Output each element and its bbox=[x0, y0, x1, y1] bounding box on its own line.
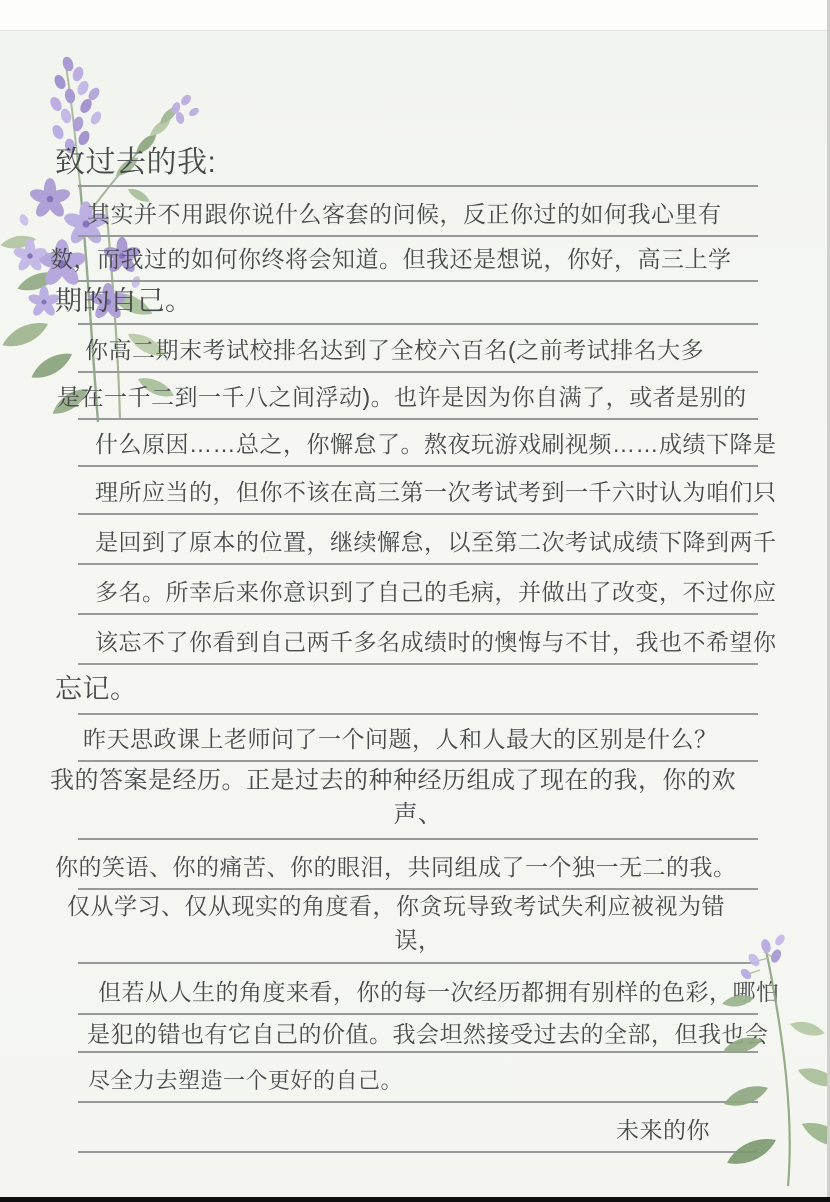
letter-line: 你高二期末考试校排名达到了全校六百名(之前考试排名大多 bbox=[78, 325, 758, 373]
letter-line: 是回到了原本的位置，继续懈怠，以至第二次考试成绩下降到两千 bbox=[78, 515, 758, 565]
letter-line: 什么原因……总之，你懈怠了。熬夜玩游戏刷视频……成绩下降是 bbox=[78, 420, 758, 467]
letter-line: 理所应当的，但你不该在高三第一次考试考到一千六时认为咱们只 bbox=[78, 467, 758, 515]
letter-line: 昨天思政课上老师问了一个问题，人和人最大的区别是什么？ bbox=[78, 715, 758, 762]
salutation-line: 致过去的我: bbox=[78, 140, 758, 187]
letter-line: 多名。所幸后来你意识到了自己的毛病，并做出了改变，不过你应 bbox=[78, 565, 758, 615]
letter-line: 该忘不了你看到自己两千多名成绩时的懊悔与不甘，我也不希望你 bbox=[78, 615, 758, 665]
letter-line-wrapped: 我的答案是经历。正是过去的种种经历组成了现在的我，你的欢 声、 bbox=[78, 762, 758, 840]
letter-line: 期的自己。 bbox=[78, 282, 758, 325]
letter-line-wrapped: 仅从学习、仅从现实的角度看，你贪玩导致考试失利应被视为错 误， bbox=[78, 890, 758, 964]
letter-line: 尽全力去塑造一个更好的自己。 bbox=[78, 1053, 758, 1103]
salutation-text: 致过去的我: bbox=[55, 146, 216, 179]
letter-line: 是在一千二到一千八之间浮动)。也许是因为你自满了，或者是别的 bbox=[78, 373, 758, 420]
letter-line: 是犯的错也有它自己的价值。我会坦然接受过去的全部，但我也会 bbox=[78, 1015, 758, 1053]
bottom-edge-bar bbox=[0, 1197, 830, 1202]
letter-body: 致过去的我: 其实并不用跟你说什么客套的问候，反正你过的如何我心里有 数，而我过… bbox=[78, 140, 758, 1153]
letter-line: 忘记。 bbox=[78, 665, 758, 715]
leaf-sprig-illustration bbox=[688, 928, 830, 1188]
letter-line: 数，而我过的如何你终将会知道。但我还是想说，你好，高三上学 bbox=[78, 237, 758, 282]
letter-line: 你的笑语、你的痛苦、你的眼泪，共同组成了一个独一无二的我。 bbox=[78, 840, 758, 890]
signature-line: 未来的你 bbox=[78, 1103, 758, 1153]
letter-line: 其实并不用跟你说什么客套的问候，反正你过的如何我心里有 bbox=[78, 187, 758, 237]
letter-line: 但若从人生的角度来看，你的每一次经历都拥有别样的色彩，哪怕 bbox=[78, 964, 758, 1015]
